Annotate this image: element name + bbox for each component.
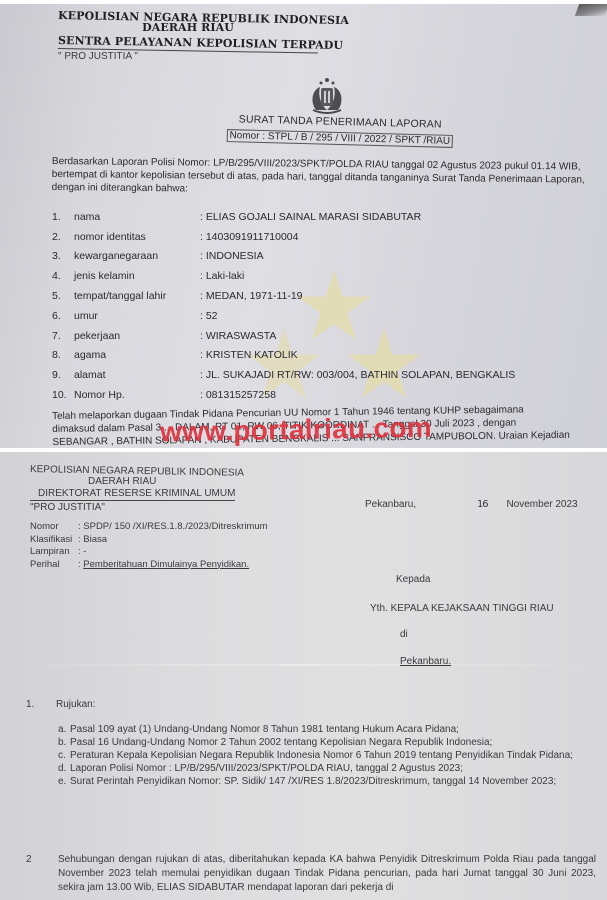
field-label: pekerjaan <box>74 330 200 342</box>
letterhead: KEPOLISIAN NEGARA REPUBLIK INDONESIA DAE… <box>58 9 318 62</box>
intro-paragraph: Berdasarkan Laporan Polisi Nomor: LP/B/2… <box>52 155 592 200</box>
field-number: 1. <box>52 211 74 223</box>
field-value: : 081315257258 <box>200 389 572 401</box>
police-emblem-icon <box>304 76 350 116</box>
field-value: : JL. SUKAJADI RT/RW: 003/004, BATHIN SO… <box>200 369 572 381</box>
identity-field-row: 8.agama: KRISTEN KATOLIK <box>52 346 572 366</box>
reference-letter: c. <box>58 749 70 762</box>
letter-metadata: Nomor : SPDP/ 150 /XI/RES.1.8./2023/Ditr… <box>30 521 268 571</box>
document-title: SURAT TANDA PENERIMAAN LAPORAN <box>210 113 470 132</box>
field-label: tempat/tanggal lahir <box>74 290 200 302</box>
reference-item: c.Peraturan Kepala Kepolisian Negara Rep… <box>58 749 598 762</box>
field-label: umur <box>74 310 200 322</box>
field-number: 7. <box>52 330 74 342</box>
document-number: Nomor : STPL / B / 295 / VIII / 2022 / S… <box>226 129 453 148</box>
reference-text: Laporan Polisi Nomor : LP/B/295/VIII/202… <box>70 762 598 775</box>
section-1-heading: 1.Rujukan: <box>26 699 95 710</box>
identity-field-row: 5.tempat/tanggal lahir: MEDAN, 1971-11-1… <box>52 286 572 306</box>
reference-item: b.Pasal 16 Undang-Undang Nomor 2 Tahun 2… <box>58 736 598 749</box>
subject-text: Pemberitahuan Dimulainya Penyidikan. <box>83 559 249 570</box>
meta-row-nomor: Nomor : SPDP/ 150 /XI/RES.1.8./2023/Ditr… <box>30 521 268 534</box>
field-label: nomor identitas <box>74 231 200 243</box>
website-watermark: www.portalriau.com <box>160 412 432 448</box>
field-number: 6. <box>52 310 74 322</box>
meta-row-lampiran: Lampiran : - <box>30 546 268 559</box>
recipient-name: Yth. KEPALA KEJAKSAAN TINGGI RIAU <box>370 603 554 614</box>
field-label: kewarganegaraan <box>74 250 200 262</box>
identity-field-row: 10.Nomor Hp.: 081315257258 <box>52 385 572 405</box>
page-corner-shadow <box>575 4 607 16</box>
reporter-identity-list: 1.nama: ELIAS GOJALI SAINAL MARASI SIDAB… <box>52 207 572 405</box>
field-number: 9. <box>52 369 74 381</box>
field-label: jenis kelamin <box>74 270 200 282</box>
pro-justitia-label: "PRO JUSTITIA" <box>30 502 300 514</box>
letter-place: Pekanbaru, <box>365 499 416 510</box>
meta-row-perihal: Perihal : Pemberitahuan Dimulainya Penyi… <box>30 559 268 572</box>
section-2-text: Sehubungan dengan rujukan di atas, diber… <box>58 853 596 895</box>
reference-text: Pasal 16 Undang-Undang Nomor 2 Tahun 200… <box>70 736 598 749</box>
field-value: : 52 <box>200 310 572 322</box>
field-number: 5. <box>52 290 74 302</box>
recipient-block: Kepada Yth. KEPALA KEJAKSAAN TINGGI RIAU… <box>370 574 554 667</box>
field-number: 4. <box>52 270 74 282</box>
field-label: nama <box>74 211 200 223</box>
section-2-number: 2 <box>26 853 32 867</box>
document-title-block: SURAT TANDA PENERIMAAN LAPORAN Nomor : S… <box>210 113 471 150</box>
spdp-notification-document: KEPOLISIAN NEGARA REPUBLIK INDONESIA DAE… <box>0 452 607 900</box>
field-value: : KRISTEN KATOLIK <box>200 349 572 361</box>
letterhead: KEPOLISIAN NEGARA REPUBLIK INDONESIA DAE… <box>30 464 300 514</box>
field-value: : MEDAN, 1971-11-19 <box>200 290 572 302</box>
handwritten-day: 16 <box>477 499 488 510</box>
letterhead-line-3: DIREKTORAT RESERSE KRIMINAL UMUM <box>30 488 235 501</box>
meta-row-klasifikasi: Klasifikasi : Biasa <box>30 534 268 547</box>
letter-date: Pekanbaru, 16 November 2023 <box>365 499 578 510</box>
field-number: 8. <box>52 349 74 361</box>
police-report-receipt-document: KEPOLISIAN NEGARA REPUBLIK INDONESIA DAE… <box>0 4 607 448</box>
recipient-kepada: Kepada <box>396 574 554 585</box>
letter-month-year: November 2023 <box>506 499 577 510</box>
reference-letter: d. <box>58 762 70 775</box>
field-value: : WIRASWASTA <box>200 330 572 342</box>
field-value: : INDONESIA <box>200 250 572 262</box>
recipient-di: di <box>400 629 554 640</box>
field-label: agama <box>74 349 200 361</box>
reference-text: Pasal 109 ayat (1) Undang-Undang Nomor 8… <box>70 723 598 736</box>
identity-field-row: 4.jenis kelamin: Laki-laki <box>52 266 572 286</box>
field-number: 10. <box>52 389 74 401</box>
identity-field-row: 9.alamat: JL. SUKAJADI RT/RW: 003/004, B… <box>52 365 572 385</box>
reference-text: Peraturan Kepala Kepolisian Negara Repub… <box>70 749 598 762</box>
field-number: 3. <box>52 250 74 262</box>
reference-text: Surat Perintah Penyidikan Nomor: SP. Sid… <box>70 775 598 788</box>
reference-letter: b. <box>58 736 70 749</box>
reference-item: d.Laporan Polisi Nomor : LP/B/295/VIII/2… <box>58 762 598 775</box>
identity-field-row: 6.umur: 52 <box>52 306 572 326</box>
recipient-city: Pekanbaru. <box>400 656 554 667</box>
field-value: : Laki-laki <box>200 270 572 282</box>
section-2-paragraph: 2 Sehubungan dengan rujukan di atas, dib… <box>26 853 596 895</box>
references-list: a.Pasal 109 ayat (1) Undang-Undang Nomor… <box>58 723 598 788</box>
field-label: alamat <box>74 369 200 381</box>
identity-field-row: 2.nomor identitas: 1403091911710004 <box>52 227 572 247</box>
reference-item: a.Pasal 109 ayat (1) Undang-Undang Nomor… <box>58 723 598 736</box>
identity-field-row: 7.pekerjaan: WIRASWASTA <box>52 326 572 346</box>
reference-item: e.Surat Perintah Penyidikan Nomor: SP. S… <box>58 775 598 788</box>
field-label: Nomor Hp. <box>74 389 200 401</box>
field-number: 2. <box>52 231 74 243</box>
reference-letter: a. <box>58 723 70 736</box>
identity-field-row: 3.kewarganegaraan: INDONESIA <box>52 247 572 267</box>
reference-letter: e. <box>58 775 70 788</box>
field-value: : 1403091911710004 <box>200 231 572 243</box>
field-value: : ELIAS GOJALI SAINAL MARASI SIDABUTAR <box>200 211 572 223</box>
identity-field-row: 1.nama: ELIAS GOJALI SAINAL MARASI SIDAB… <box>52 207 572 227</box>
